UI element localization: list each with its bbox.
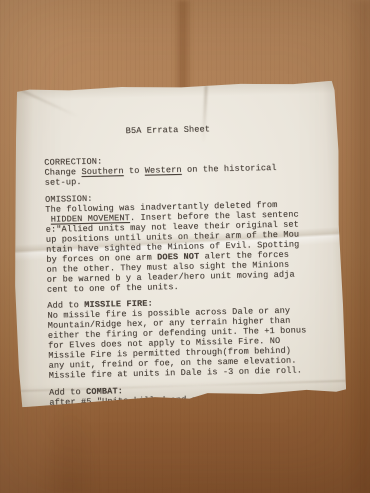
photo-of-errata-sheet: B5A Errata Sheet CORRECTION:Change South… <box>0 0 370 493</box>
underlined-text: HERO/LEADERS DIE LAST <box>176 402 287 414</box>
text-segment: to <box>124 166 145 176</box>
text-segment: set-up. <box>45 177 82 188</box>
errata-sheet-paper: B5A Errata Sheet CORRECTION:Change South… <box>10 81 347 408</box>
underlined-text: Southern <box>81 166 123 177</box>
document-title: B5A Errata Sheet <box>126 122 335 136</box>
text-segment: . <box>287 402 292 412</box>
wood-grain-streak <box>40 403 100 493</box>
typewritten-text: B5A Errata Sheet CORRECTION:Change South… <box>43 102 341 438</box>
text-segment: on the historical <box>182 163 277 175</box>
typewritten-lines: CORRECTION:Change Southern to Western on… <box>44 152 340 418</box>
wood-grain-streak <box>344 0 370 493</box>
underlined-text: Western <box>145 165 182 176</box>
